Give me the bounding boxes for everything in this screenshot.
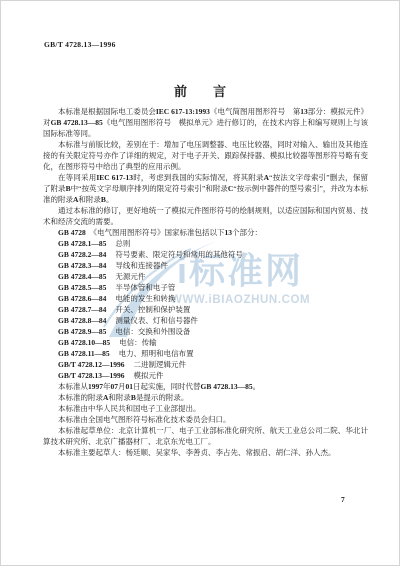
paragraph: 通过本标准的修订，更好地统一了模拟元件图形符号的绘制规则，以适应国际和国内贸易、… — [43, 205, 368, 227]
part-title: 总则 — [115, 239, 130, 248]
part-code: GB 4728.4—85 — [58, 272, 106, 281]
paragraph: 本标准起草单位：北京计算机一厂、电子工业部标准化研究所、航天工业总公司二院、华北… — [43, 425, 368, 447]
document-code: GB/T 4728.13—1996 — [44, 40, 116, 49]
standard-part-item: GB 4728.1—85总则 — [43, 238, 368, 249]
standard-part-item: GB 4728.6—84电能的发生和转换 — [43, 293, 368, 304]
paragraph: 本标准由全国电气图形符号标准化技术委员会归口。 — [43, 414, 368, 425]
part-code: GB 4728.10—85 — [58, 338, 110, 347]
part-code: GB 4728.7—84 — [58, 305, 106, 314]
paragraph: 本标准主要起草人：杨廷顺、吴家华、李善贞、李占先、常振启、胡仁洋、孙人杰。 — [43, 447, 368, 458]
part-title: 二进制逻辑元件 — [134, 360, 187, 369]
part-title: 电信：交换和外围设备 — [115, 327, 190, 336]
part-code: GB 4728.3—84 — [58, 261, 106, 270]
paragraph: 本标准由中华人民共和国电子工业部提出。 — [43, 403, 368, 414]
part-title: 模拟元件 — [134, 371, 164, 380]
page-title: 前 言 — [1, 81, 399, 100]
part-code: GB 4728.5—85 — [58, 283, 106, 292]
standard-part-item: GB 4728.11—85电力、照明和电信布置 — [43, 348, 368, 359]
part-code: GB 4728.1—85 — [58, 239, 106, 248]
paragraph: 本标准与前版比较，差别在于：增加了电压调整器、电压比较器，同时对输入、输出及其他… — [43, 139, 368, 172]
part-code: GB 4728.8—84 — [58, 316, 106, 325]
part-code: GB/T 4728.13—1996 — [58, 371, 125, 380]
standard-part-item: GB 4728.8—84测量仪表、灯和信号器件 — [43, 315, 368, 326]
part-code: GB 4728.11—85 — [58, 349, 110, 358]
standard-part-item: GB 4728.10—85电信：传输 — [43, 337, 368, 348]
standard-part-item: GB/T 4728.12—1996二进制逻辑元件 — [43, 359, 368, 370]
paragraph: 本标准的附录A和附录B是提示的附录。 — [43, 392, 368, 403]
standard-part-item: GB/T 4728.13—1996模拟元件 — [43, 370, 368, 381]
part-title: 导线和连接器件 — [115, 261, 168, 270]
part-title: 半导体管和电子管 — [115, 283, 175, 292]
standard-part-item: GB 4728.7—84开关、控制和保护装置 — [43, 304, 368, 315]
part-title: 电力、照明和电信布置 — [119, 349, 194, 358]
standard-part-item: GB 4728.9—85电信：交换和外围设备 — [43, 326, 368, 337]
standard-part-item: GB 4728.2—84符号要素、限定符号和常用的其他符号 — [43, 249, 368, 260]
standard-part-item: GB 4728.4—85无源元件 — [43, 271, 368, 282]
paragraph: 本标准是根据国际电工委员会IEC 617-13:1993《电气简图用图形符号 第… — [43, 106, 368, 139]
part-code: GB 4728.2—84 — [58, 250, 106, 259]
paragraph: 在等同采用IEC 617-13时，考虑到我国的实际情况，将其附录A“按法文字母索… — [43, 172, 368, 205]
part-title: 符号要素、限定符号和常用的其他符号 — [115, 250, 243, 259]
part-title: 电能的发生和转换 — [115, 294, 175, 303]
parts-list: GB 4728.1—85总则GB 4728.2—84符号要素、限定符号和常用的其… — [43, 238, 368, 381]
parts-intro: GB 4728 《电气图用图形符号》国家标准包括以下13个部分： — [43, 227, 368, 238]
page-number: 7 — [341, 495, 345, 504]
paragraph: 本标准从1997年07月01日起实施，同时代替GB 4728.13—85。 — [43, 381, 368, 392]
standard-part-item: GB 4728.3—84导线和连接器件 — [43, 260, 368, 271]
part-title: 无源元件 — [115, 272, 145, 281]
document-body: 本标准是根据国际电工委员会IEC 617-13:1993《电气简图用图形符号 第… — [43, 106, 368, 458]
part-title: 电信：传输 — [119, 338, 157, 347]
part-code: GB/T 4728.12—1996 — [58, 360, 125, 369]
part-title: 测量仪表、灯和信号器件 — [115, 316, 198, 325]
part-code: GB 4728.6—84 — [58, 294, 106, 303]
part-title: 开关、控制和保护装置 — [115, 305, 190, 314]
part-code: GB 4728.9—85 — [58, 327, 106, 336]
standard-part-item: GB 4728.5—85半导体管和电子管 — [43, 282, 368, 293]
document-page: i标准网 WWW.iBIAOZHUN.COM GB/T 4728.13—1996… — [0, 0, 400, 566]
